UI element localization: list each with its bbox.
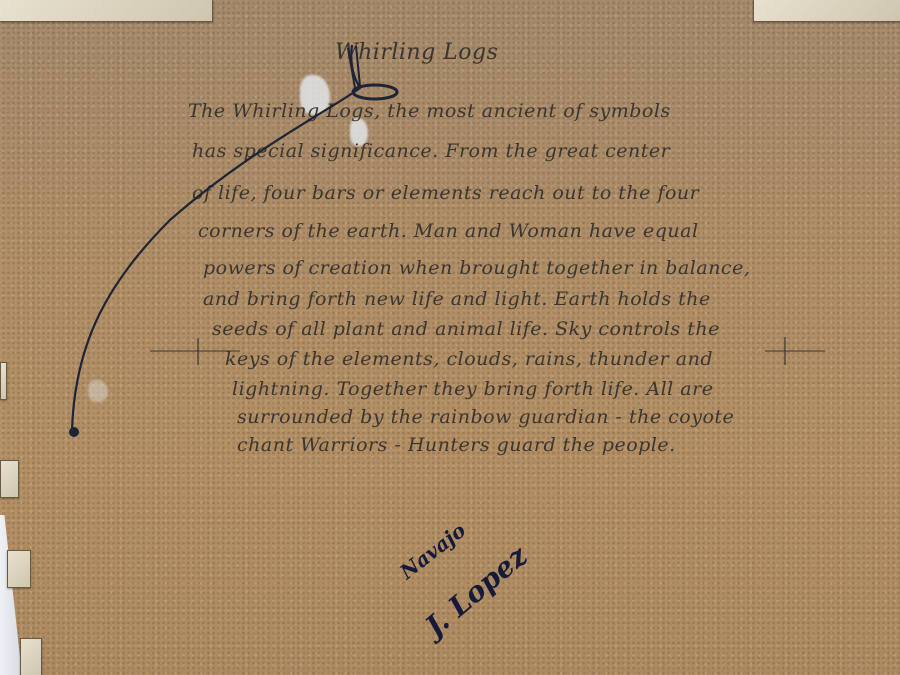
- hanging-string: [0, 0, 900, 675]
- string-knot: [69, 427, 79, 437]
